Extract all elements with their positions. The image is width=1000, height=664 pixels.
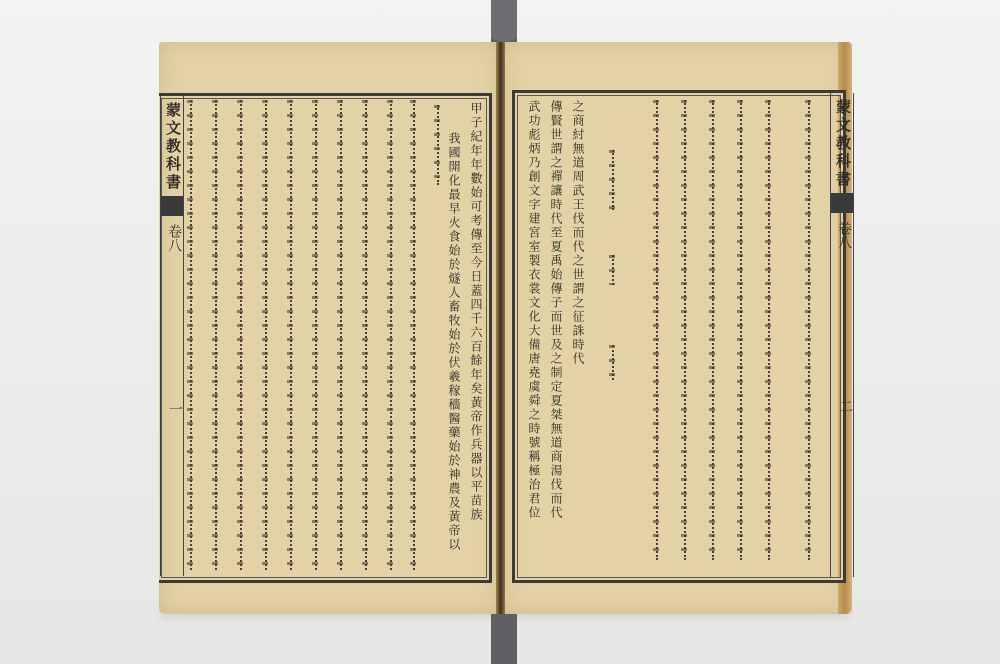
mongolian-text-column (656, 100, 668, 560)
mongolian-text-column (340, 100, 352, 570)
mongolian-text-column (290, 100, 302, 570)
book-title: 蒙文教科書 (163, 102, 184, 192)
mongolian-text-column (808, 100, 820, 560)
mongolian-text-column (365, 100, 377, 570)
mongolian-text-column (240, 100, 252, 570)
mongolian-text-column (768, 100, 780, 560)
book-gutter (496, 42, 505, 614)
ribbon-bookmark-tip (491, 0, 517, 44)
chinese-text-column: 傳賢世謂之禪讓時代至夏禹始傳子而世及之制定夏桀無道商湯伐而代 (550, 100, 562, 570)
fish-tail-ornament (831, 193, 853, 213)
volume-label: 卷八 (164, 224, 184, 252)
mongolian-text-column (190, 100, 202, 570)
mongolian-text-column (390, 100, 402, 570)
mongolian-text-column (712, 100, 724, 560)
page-number: 一 (165, 402, 185, 416)
mongolian-text-column (265, 100, 277, 570)
mongolian-text-column (215, 100, 227, 570)
chinese-text-column: 甲子紀年年數始可考傳至今日蓋四千六百餘年矣黃帝作兵器以平苗族 (470, 102, 482, 572)
left-page-banner: 蒙文教科書 卷八 一 (160, 96, 184, 576)
chinese-text-column: 武功彪炳乃創文字建宮室製衣裳文化大備唐堯虞舜之時號稱極治君位 (528, 100, 540, 570)
right-page-banner: 蒙文教科書 卷八 二 (830, 93, 854, 577)
mongolian-text-column (315, 100, 327, 570)
mongolian-text-column (612, 255, 624, 285)
mongolian-text-column (612, 150, 624, 210)
chinese-text-column: 之商紂無道周武王伐而代之世謂之征誅時代 (572, 100, 584, 400)
mongolian-text-column (437, 105, 449, 185)
page-number: 二 (835, 399, 855, 413)
mongolian-text-column (684, 100, 696, 560)
fish-tail-ornament (161, 196, 183, 216)
mongolian-text-column (413, 100, 425, 570)
chinese-text-column: 我國開化最早火食始於燧人畜牧始於伏羲稼穡醫藥始於神農及黃帝以 (448, 132, 460, 572)
mongolian-text-column (740, 100, 752, 560)
book-title: 蒙文教科書 (833, 99, 854, 189)
volume-label: 卷八 (834, 221, 854, 249)
mongolian-text-column (612, 345, 624, 380)
